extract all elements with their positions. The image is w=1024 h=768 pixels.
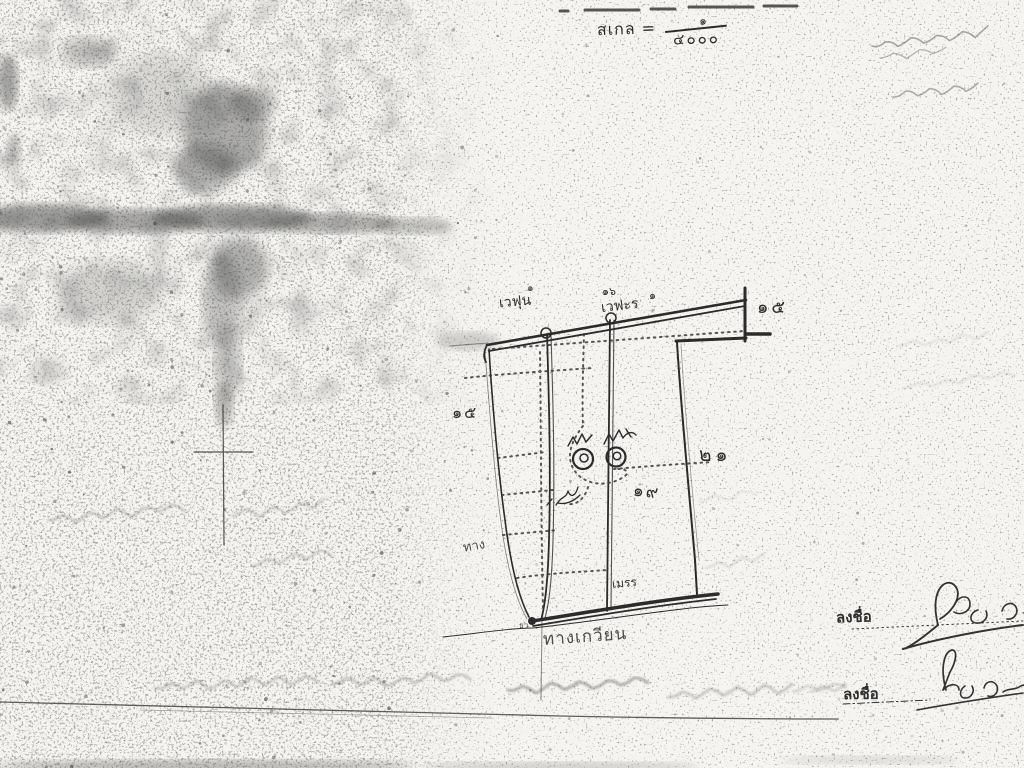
sig1-sweep	[903, 625, 1023, 649]
sig2-letters	[943, 682, 1024, 698]
sig1-loop	[935, 583, 957, 625]
spiral-1-inner	[580, 454, 588, 462]
handwriting-squiggle	[332, 674, 470, 686]
parcel-number: ๒๑	[699, 446, 732, 465]
scale-fraction: ๑ ๔๐๐๐	[665, 14, 728, 48]
corner-knot	[528, 617, 536, 625]
cross-vertical	[223, 405, 224, 545]
handwriting-squiggle	[706, 553, 764, 568]
sig1-letters	[954, 597, 1024, 623]
handwriting-squiggle	[893, 83, 978, 97]
spiral-1-outer	[573, 449, 593, 469]
signature-label-top: ลงชื่อ	[836, 609, 872, 625]
boundary-number-left: ๑๕	[452, 405, 478, 421]
handwriting-squiggle	[508, 678, 648, 693]
plot-top-right-edge	[676, 338, 746, 341]
top-road-left-stub	[449, 343, 488, 346]
interior-road-2	[607, 320, 610, 611]
corner-mark-label: ธว	[519, 622, 528, 630]
dotted-row-right	[614, 462, 712, 469]
dotted-row-b	[465, 368, 592, 378]
dotted-col-a	[540, 352, 543, 608]
survey-cross	[194, 405, 253, 545]
bottom-road-inner	[533, 599, 716, 626]
scale-numerator: ๑	[699, 14, 707, 26]
dotted-curve-center	[570, 426, 627, 484]
handwriting-squiggle	[232, 498, 325, 516]
scale-label: สเกล =	[596, 16, 656, 43]
dotted-lines	[465, 331, 744, 608]
bottom-rule	[0, 702, 838, 719]
landmark-spirals	[547, 429, 636, 505]
spiral-2-inner	[613, 452, 621, 460]
meru-label: เมรร	[612, 576, 638, 590]
signature-label-bottom: ลงชื่อ	[843, 687, 879, 703]
handwriting-squiggle	[880, 47, 946, 58]
handwriting-squiggle	[898, 332, 988, 346]
scale-notation: สเกล = ๑ ๔๐๐๐	[596, 14, 727, 51]
handwriting-squiggle	[252, 550, 332, 566]
inner-parcel-number: ๑๙	[632, 483, 661, 502]
drawing-layer	[0, 0, 1024, 768]
spiral-1-crown	[568, 434, 592, 446]
bottom-rule-echo	[140, 710, 492, 718]
neighbor-label-top-left: เวฟุน	[498, 294, 531, 311]
dash	[560, 6, 797, 11]
bottom-road-outer	[533, 594, 718, 621]
right-boundary-ghost	[681, 344, 699, 560]
boundary-number-right: ๑๕	[757, 299, 788, 317]
neighbor-label-top-right-mark2: ๑	[649, 290, 656, 301]
top-edge-dashes	[560, 6, 797, 11]
dotted-row-f	[517, 570, 607, 578]
path-label: ทาง	[462, 538, 486, 555]
scale-denominator: ๔๐๐๐	[673, 31, 720, 48]
neighbor-label-top-right-mark: ๑๖	[602, 286, 616, 297]
handwriting-squiggle	[155, 676, 318, 689]
dotted-row-d	[502, 490, 553, 495]
handwriting-squiggle	[903, 373, 1014, 388]
dotted-col-b	[583, 334, 584, 426]
illegible-handwriting	[48, 26, 1014, 699]
handwriting-squiggle	[700, 491, 755, 502]
handwriting-squiggle	[48, 505, 185, 523]
scanned-survey-document: สเกล = ๑ ๔๐๐๐ เวฟุน ๑ เวฟะร ๑๖ ๑ ๑๕ ๑๕ ๒…	[0, 0, 1024, 768]
handwriting-squiggle	[668, 684, 792, 698]
dotted-row-c	[498, 452, 546, 458]
right-boundary	[677, 342, 697, 594]
handwriting-squiggle	[872, 26, 988, 47]
